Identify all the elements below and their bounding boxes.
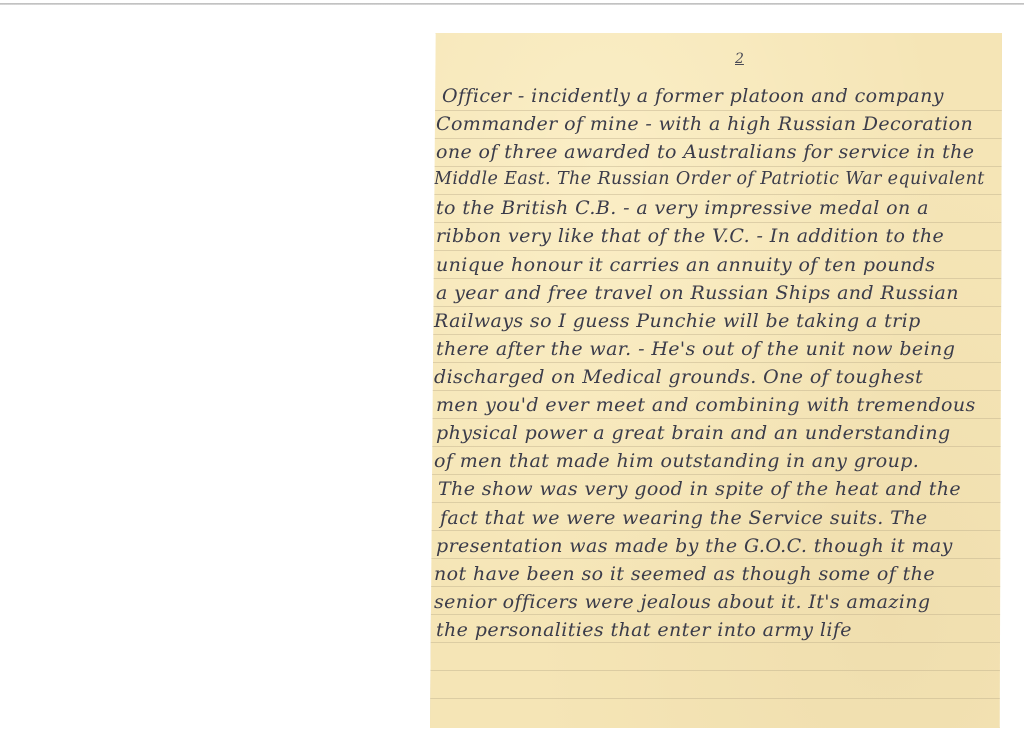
text-line: one of three awarded to Australians for … — [436, 141, 974, 163]
rule-line — [430, 698, 1002, 699]
rule-line — [430, 530, 1002, 531]
rule-line — [430, 194, 1002, 195]
rule-line — [430, 138, 1002, 139]
letter-page: 2 Officer - incidently a former platoon … — [430, 33, 1002, 728]
text-line: men you'd ever meet and combining with t… — [436, 394, 976, 416]
rule-line — [430, 334, 1002, 335]
text-line: Commander of mine - with a high Russian … — [436, 113, 973, 135]
rule-line — [430, 586, 1002, 587]
text-line: Officer - incidently a former platoon an… — [442, 85, 944, 107]
rule-line — [430, 418, 1002, 419]
rule-line — [430, 446, 1002, 447]
text-line: senior officers were jealous about it. I… — [434, 591, 930, 613]
text-line: to the British C.B. - a very impressive … — [436, 197, 929, 219]
rule-line — [430, 306, 1002, 307]
rule-line — [430, 670, 1002, 671]
text-line: ribbon very like that of the V.C. - In a… — [436, 225, 944, 247]
text-line: discharged on Medical grounds. One of to… — [434, 366, 923, 388]
text-line: presentation was made by the G.O.C. thou… — [436, 535, 953, 557]
text-line: The show was very good in spite of the h… — [438, 478, 961, 500]
rule-line — [430, 166, 1002, 167]
rule-line — [430, 278, 1002, 279]
rule-line — [430, 390, 1002, 391]
rule-line — [430, 362, 1002, 363]
text-line: there after the war. - He's out of the u… — [436, 338, 955, 360]
text-line: Middle East. The Russian Order of Patrio… — [434, 169, 985, 189]
page-number: 2 — [735, 51, 744, 67]
text-line: the personalities that enter into army l… — [436, 619, 852, 641]
scanned-document: 2 Officer - incidently a former platoon … — [0, 0, 1024, 739]
scanner-edge-line — [0, 3, 1024, 5]
text-line: unique honour it carries an annuity of t… — [436, 254, 935, 276]
rule-line — [430, 502, 1002, 503]
rule-line — [430, 474, 1002, 475]
rule-line — [430, 222, 1002, 223]
text-line: of men that made him outstanding in any … — [434, 450, 919, 472]
rule-line — [430, 110, 1002, 111]
text-line: fact that we were wearing the Service su… — [440, 507, 928, 529]
text-line: not have been so it seemed as though som… — [434, 563, 935, 585]
text-line: physical power a great brain and an unde… — [436, 422, 951, 444]
rule-line — [430, 250, 1002, 251]
rule-line — [430, 558, 1002, 559]
rule-line — [430, 642, 1002, 643]
rule-line — [430, 614, 1002, 615]
text-line: a year and free travel on Russian Ships … — [436, 282, 959, 304]
text-line: Railways so I guess Punchie will be taki… — [434, 310, 921, 332]
